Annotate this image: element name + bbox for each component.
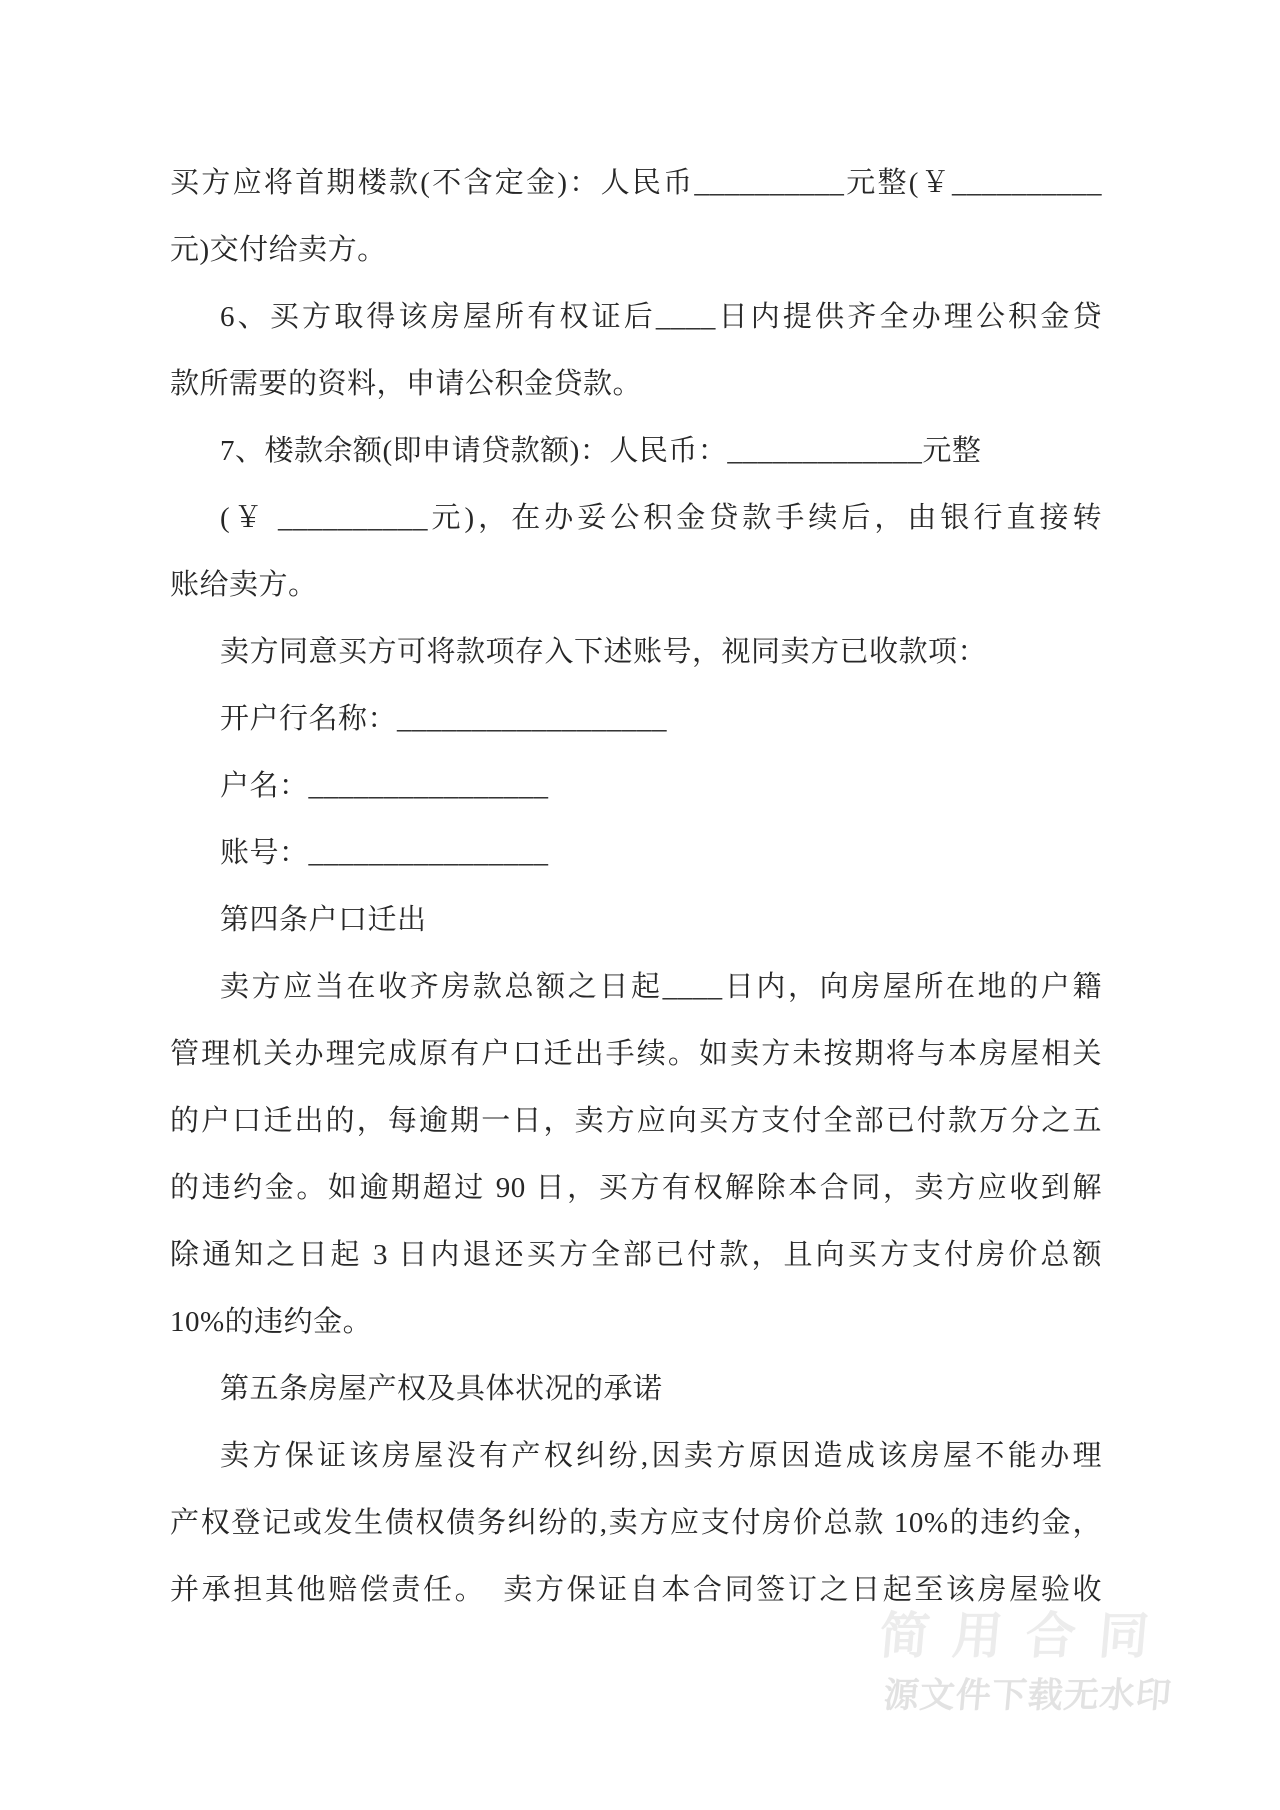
contract-line: 的户口迁出的，每逾期一日，卖方应向买方支付全部已付款万分之五	[170, 1088, 1102, 1155]
contract-line: 户名：________________	[170, 753, 1102, 820]
contract-line: 除通知之日起 3 日内退还买方全部已付款，且向买方支付房价总额	[170, 1222, 1102, 1289]
contract-line: 卖方同意买方可将款项存入下述账号，视同卖方已收款项：	[170, 619, 1102, 686]
contract-line: 的违约金。如逾期超过 90 日，买方有权解除本合同，卖方应收到解	[170, 1155, 1102, 1222]
contract-line: 6、买方取得该房屋所有权证后____日内提供齐全办理公积金贷	[170, 284, 1102, 351]
contract-line: 管理机关办理完成原有户口迁出手续。如卖方未按期将与本房屋相关	[170, 1021, 1102, 1088]
contract-line: 开户行名称：__________________	[170, 686, 1102, 753]
contract-line: 账给卖方。	[170, 552, 1102, 619]
contract-line: 10%的违约金。	[170, 1289, 1102, 1356]
watermark-subtitle: 源文件下载无水印	[882, 1668, 1174, 1718]
contract-line: 7、楼款余额(即申请贷款额)：人民币：_____________元整	[170, 418, 1102, 485]
contract-line: 产权登记或发生债权债务纠纷的,卖方应支付房价总款 10%的违约金，	[170, 1490, 1102, 1557]
contract-line: 并承担其他赔偿责任。 卖方保证自本合同签订之日起至该房屋验收	[170, 1557, 1102, 1624]
contract-line: 账号：________________	[170, 820, 1102, 887]
document-page: 买方应将首期楼款(不含定金)：人民币__________元整(￥________…	[170, 150, 1102, 1624]
contract-line: 元)交付给卖方。	[170, 217, 1102, 284]
contract-line: 卖方应当在收齐房款总额之日起____日内，向房屋所在地的户籍	[170, 954, 1102, 1021]
contract-line: 款所需要的资料，申请公积金贷款。	[170, 351, 1102, 418]
contract-line: 卖方保证该房屋没有产权纠纷,因卖方原因造成该房屋不能办理	[170, 1423, 1102, 1490]
contract-section-heading: 第五条房屋产权及具体状况的承诺	[170, 1356, 1102, 1423]
contract-line: (￥ __________元)，在办妥公积金贷款手续后，由银行直接转	[170, 485, 1102, 552]
contract-line: 买方应将首期楼款(不含定金)：人民币__________元整(￥________…	[170, 150, 1102, 217]
contract-section-heading: 第四条户口迁出	[170, 887, 1102, 954]
